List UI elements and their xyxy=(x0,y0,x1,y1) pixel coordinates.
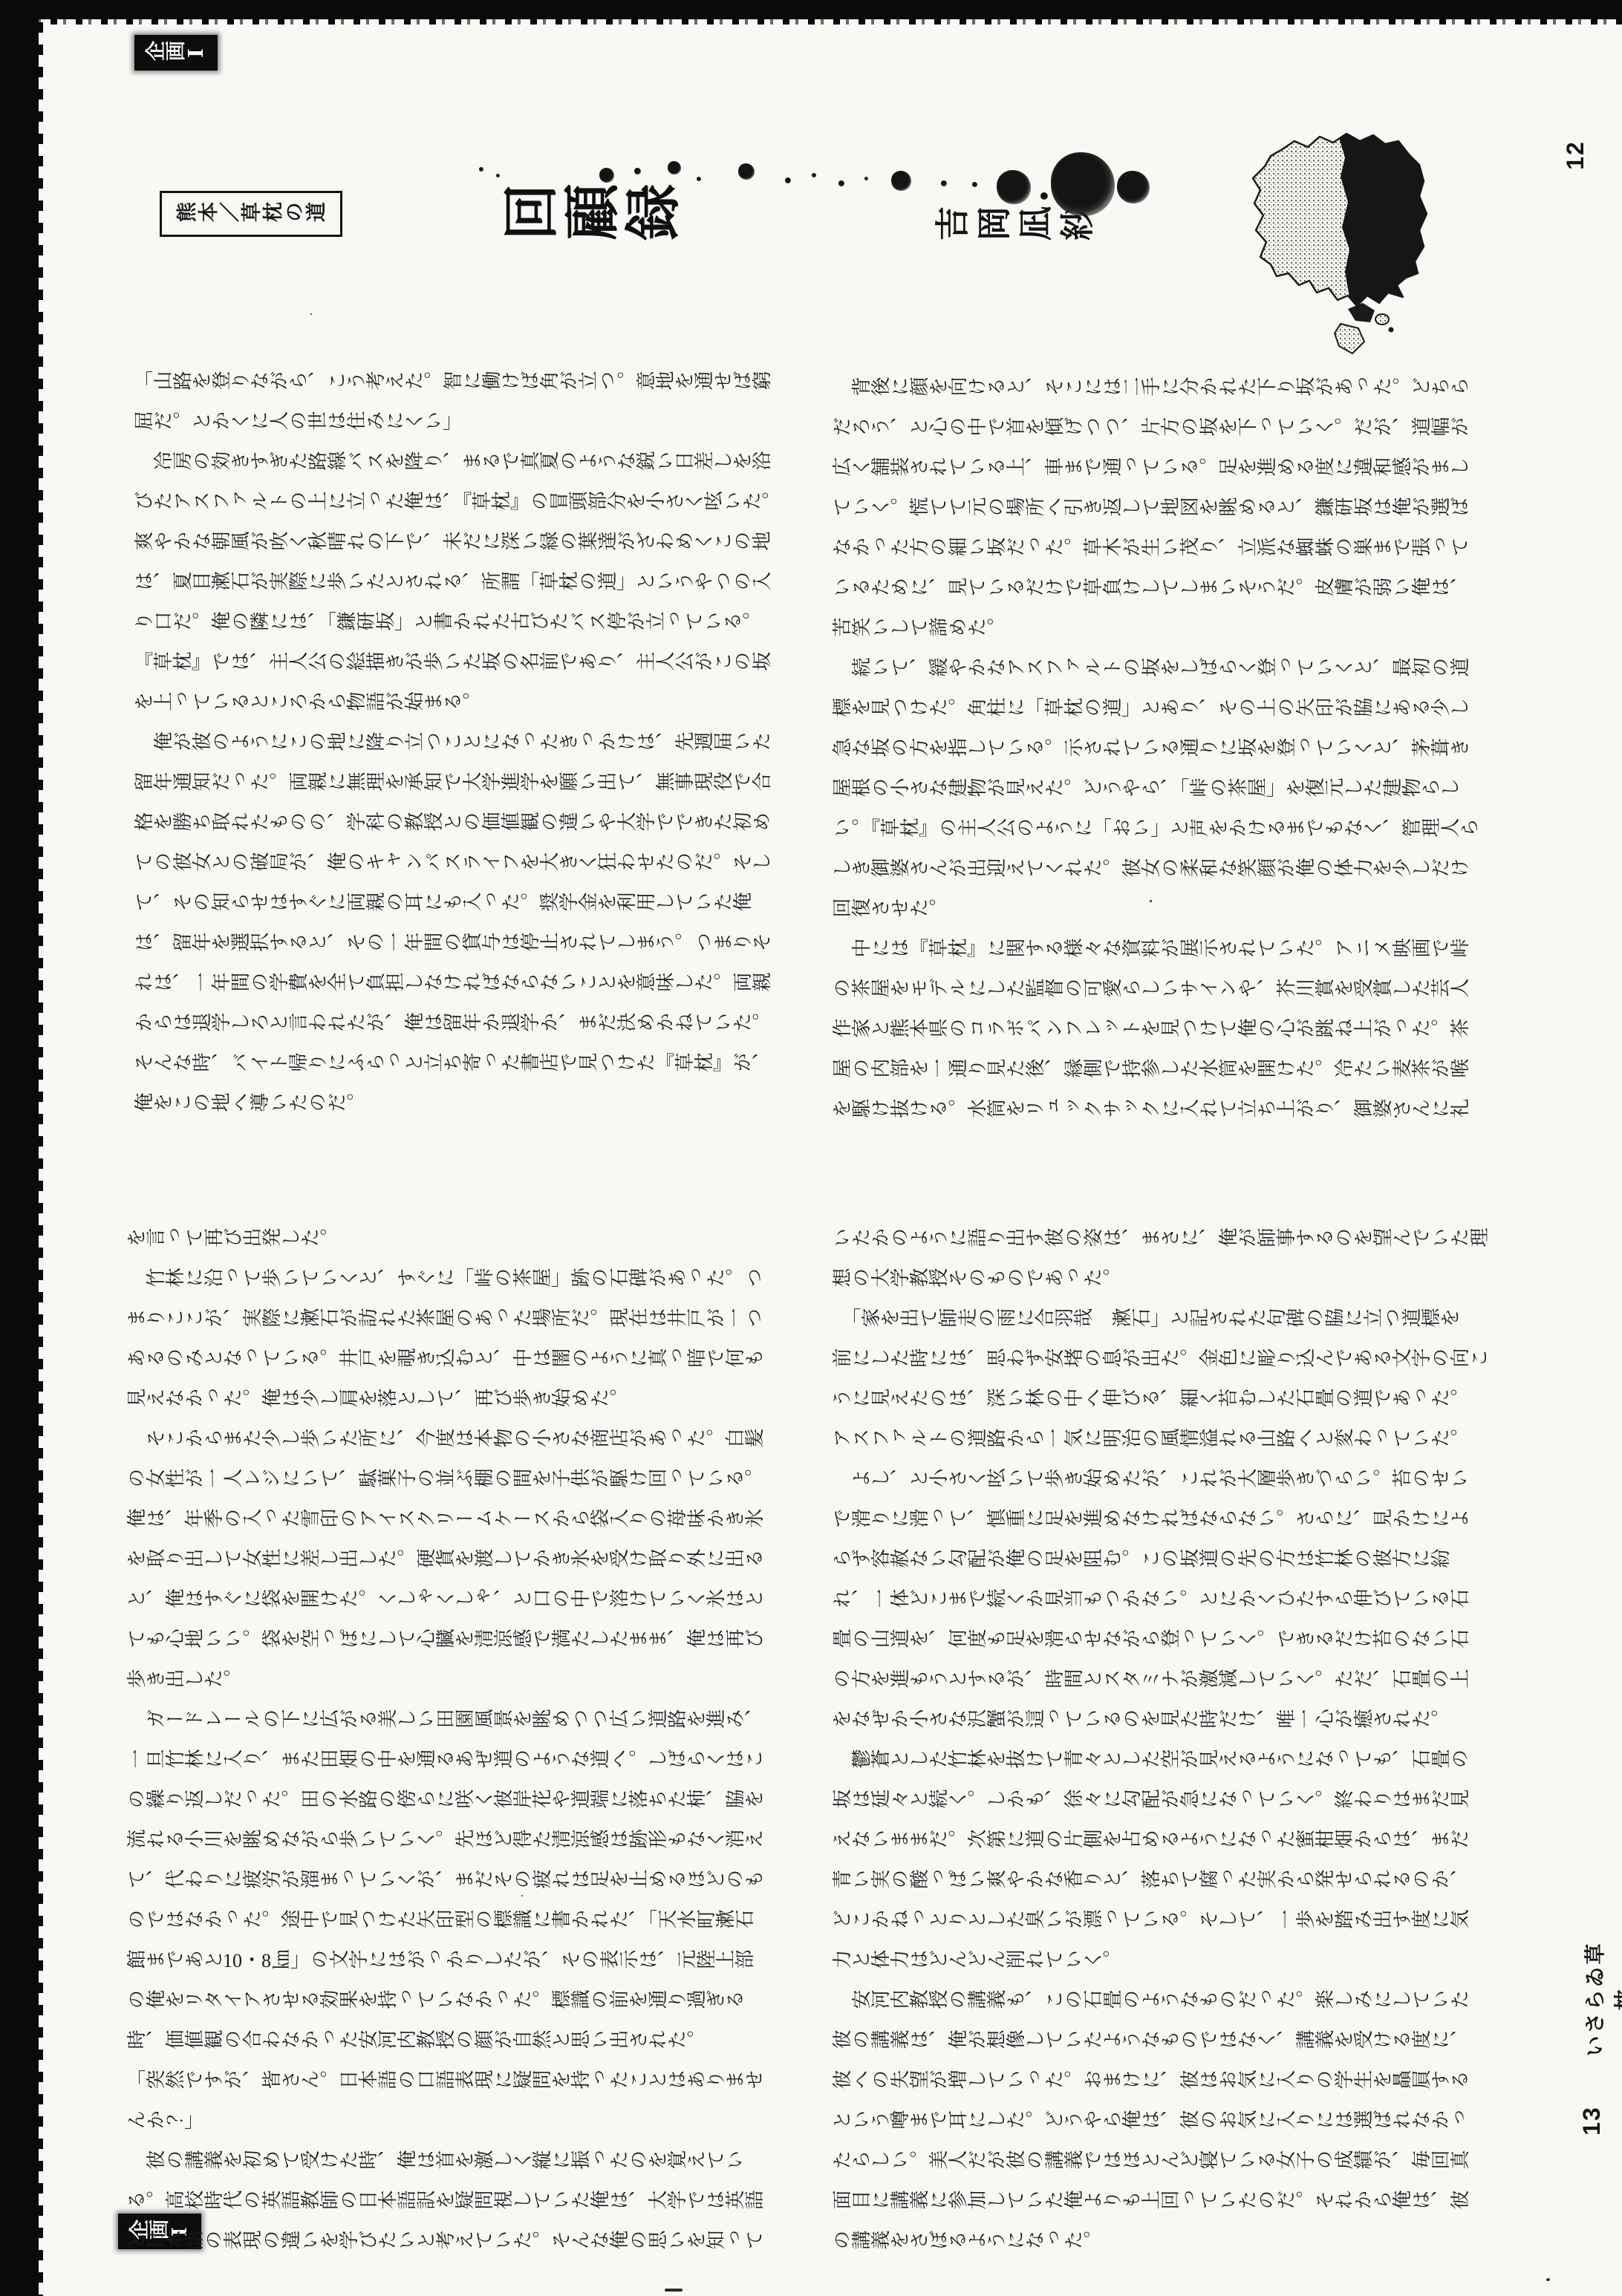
page12-upper-text-block: 「山路を登りながら、こう考えた。智に働けば角が立つ。意地を通せば窮 屈だ。とかく… xyxy=(134,362,817,1124)
page13-upper-text-block: を言って再び出発した。 竹林に沿って歩いていくと、すぐに「峠の茶屋」跡の石碑があ… xyxy=(126,1219,810,2262)
page-number-12: 12 xyxy=(1562,136,1589,175)
scan-edge-left-bar xyxy=(0,0,39,2296)
page-number-13: 13 xyxy=(1578,2101,1605,2140)
location-label: 熊本／草枕の道 xyxy=(160,191,342,237)
running-title: いさらゐ草枕 xyxy=(1579,1932,1604,2066)
scanned-magazine-page: 企画Ⅰ 企画Ⅰ 熊本／草枕の道 回顧録 吉岡凪紗 xyxy=(0,0,1622,2296)
page13-lower-text-block: いたかのように語り出す彼の姿は、まさに、俺が師事するのを望んでいた理 想の大学教… xyxy=(832,1219,1567,2262)
kumamoto-map-graphic xyxy=(1237,119,1437,364)
page12-lower-text-block: 背後に顔を向けると、そこには二手に分かれた下り坂があった。どちら だろう、と心の… xyxy=(832,368,1567,1130)
page-title: 回顧録 xyxy=(501,186,694,249)
section-tag-top: 企画Ⅰ xyxy=(134,35,218,71)
scan-edge-top-bar xyxy=(0,0,1622,19)
